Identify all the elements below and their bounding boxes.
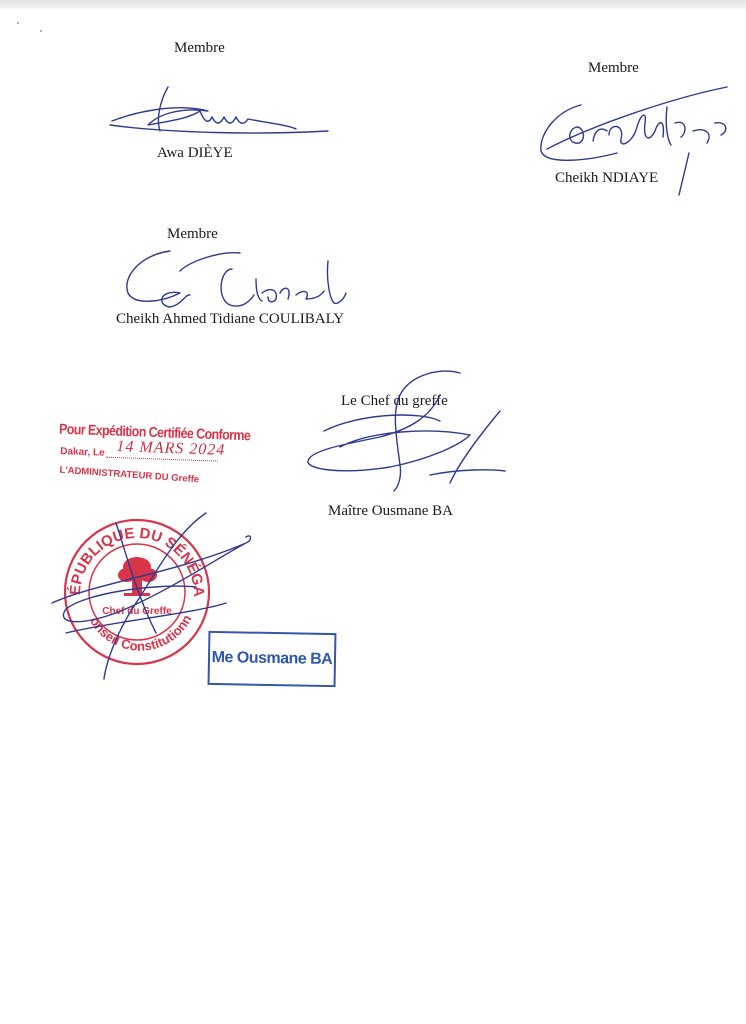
place-label: Dakar, Le	[60, 446, 105, 459]
viewer-top-edge	[0, 0, 746, 9]
signatory-name: Cheikh NDIAYE	[555, 170, 658, 187]
administrator-label: L'ADMINISTRATEUR DU Greffe	[59, 465, 199, 486]
handwritten-date: 14 MARS 2024	[116, 438, 225, 460]
scan-speck	[40, 30, 42, 32]
document-page: Membre Awa DIÈYE Membre Cheikh NDIAYE Me…	[0, 9, 746, 1024]
signature-chef-du-greffe	[300, 365, 520, 515]
signatory-name: Awa DIÈYE	[157, 145, 233, 162]
name-stamp: Me Ousmane BA	[208, 631, 337, 687]
signature-awa-dieye	[108, 81, 338, 141]
scan-speck	[17, 22, 19, 24]
role-label: Membre	[174, 40, 225, 57]
signatory-name: Cheikh Ahmed Tidiane COULIBALY	[116, 311, 344, 328]
signature-cheikh-ahmed-tidiane-coulibaly	[120, 241, 360, 321]
official-seal: RÉPUBLIQUE DU SÉNÉGAL Conseil Constituti…	[62, 517, 212, 667]
signatory-name: Maître Ousmane BA	[328, 503, 453, 520]
certification-stamp: Pour Expédition Certifiée Conforme Dakar…	[57, 422, 229, 496]
role-label: Membre	[588, 60, 639, 77]
